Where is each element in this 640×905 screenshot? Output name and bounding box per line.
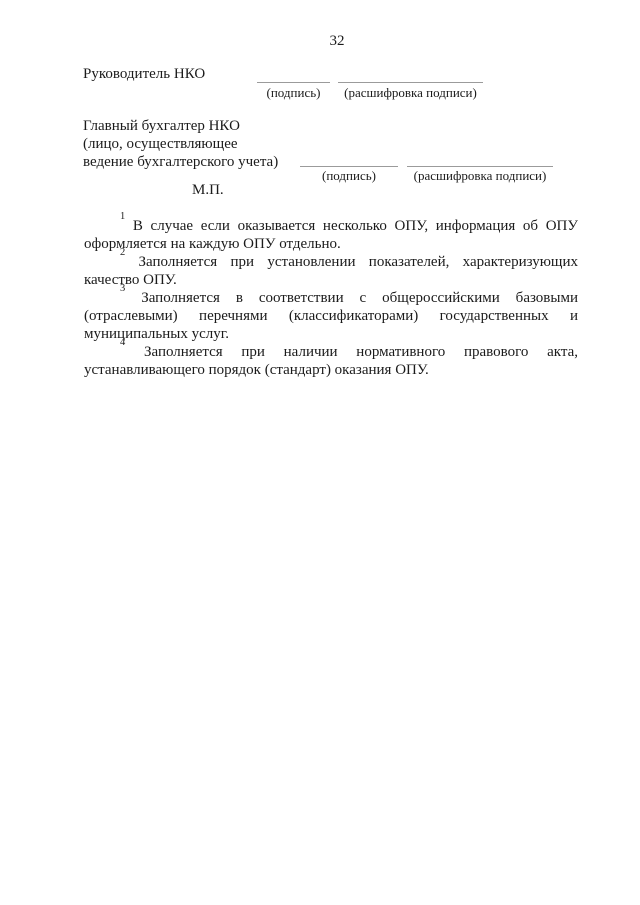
page-number: 32 — [84, 33, 590, 49]
footnote-line: муниципальных услуг. — [84, 325, 578, 343]
document-page: 32 Руководитель НКО (подпись) (расшифров… — [0, 0, 640, 905]
accountant-transcript-caption: (расшифровка подписи) — [407, 169, 553, 183]
footnote-3-marker: 3 — [120, 283, 125, 294]
footnote-4: 4 Заполняется при наличии нормативного п… — [84, 343, 578, 379]
footnote-1: 1 В случае если оказывается несколько ОП… — [84, 217, 578, 253]
footnote-line: 2 Заполняется при установлении показател… — [84, 253, 578, 271]
footnote-2-marker: 2 — [120, 247, 125, 258]
accountant-signature-label: Главный бухгалтер НКО (лицо, осуществляю… — [83, 117, 278, 171]
footnote-3: 3 Заполняется в соответствии с общеросси… — [84, 289, 578, 343]
accountant-label-line-2: (лицо, осуществляющее — [83, 135, 278, 153]
accountant-transcript-line — [407, 166, 553, 167]
accountant-signature-line — [300, 166, 398, 167]
footnote-line: оформляется на каждую ОПУ отдельно. — [84, 235, 578, 253]
footnote-line: 4 Заполняется при наличии нормативного п… — [84, 343, 578, 361]
head-signature-caption: (подпись) — [257, 86, 330, 100]
footnote-line: (отраслевыми) перечнями (классификаторам… — [84, 307, 578, 325]
accountant-label-line-3: ведение бухгалтерского учета) — [83, 153, 278, 171]
footnote-2: 2 Заполняется при установлении показател… — [84, 253, 578, 289]
accountant-label-line-1: Главный бухгалтер НКО — [83, 117, 278, 135]
head-signature-label: Руководитель НКО — [83, 66, 205, 82]
head-transcript-caption: (расшифровка подписи) — [338, 86, 483, 100]
footnote-line: 3 Заполняется в соответствии с общеросси… — [84, 289, 578, 307]
footnote-4-marker: 4 — [120, 337, 125, 348]
footnotes-section: 1 В случае если оказывается несколько ОП… — [84, 217, 578, 379]
footnote-line: качество ОПУ. — [84, 271, 578, 289]
stamp-place-label: М.П. — [192, 182, 224, 198]
footnote-line: устанавливающего порядок (стандарт) оказ… — [84, 361, 578, 379]
footnote-1-marker: 1 — [120, 211, 125, 222]
accountant-signature-caption: (подпись) — [300, 169, 398, 183]
head-signature-line — [257, 82, 330, 83]
footnote-line: 1 В случае если оказывается несколько ОП… — [84, 217, 578, 235]
head-transcript-line — [338, 82, 483, 83]
